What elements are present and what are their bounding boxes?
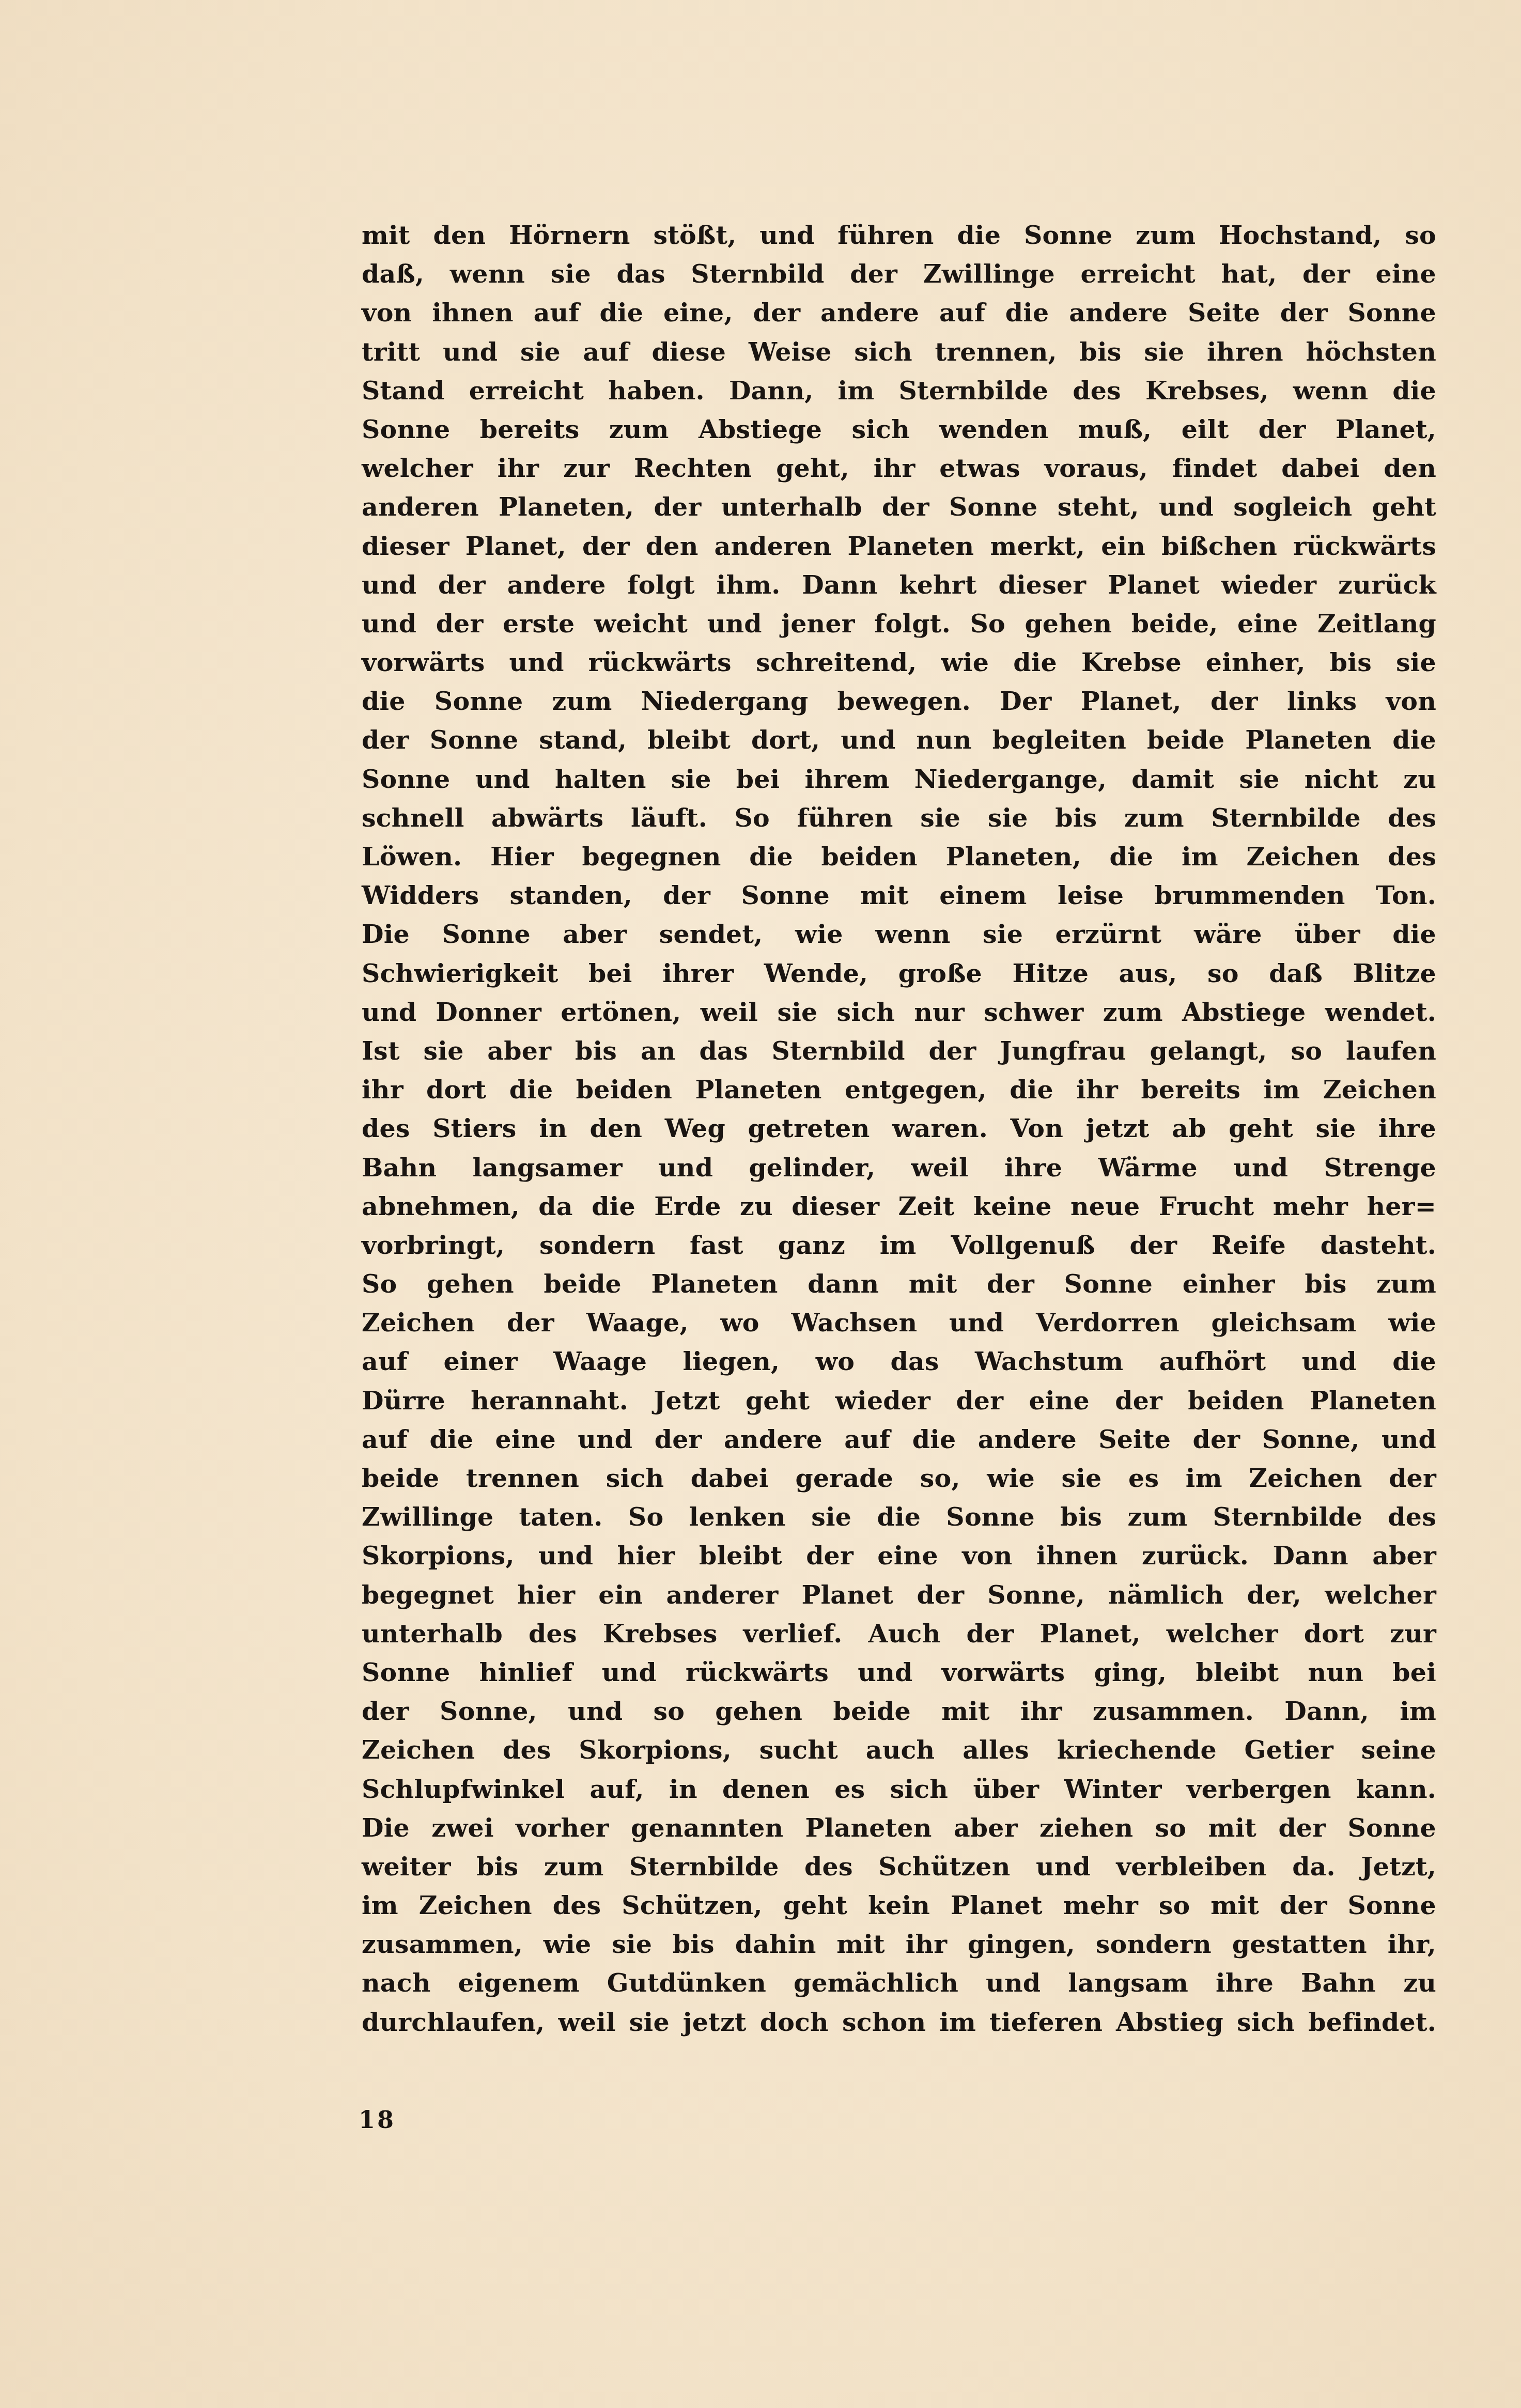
text-line: im Zeichen des Schützen, geht kein Plane… [362,1886,1436,1925]
text-line: daß, wenn sie das Sternbild der Zwilling… [362,255,1436,293]
text-line: ihr dort die beiden Planeten entgegen, d… [362,1070,1436,1109]
text-line: beide trennen sich dabei gerade so, wie … [362,1459,1436,1498]
text-line: begegnet hier ein anderer Planet der Son… [362,1576,1436,1614]
text-line: Schwierigkeit bei ihrer Wende, große Hit… [362,954,1436,993]
text-line: der Sonne stand, bleibt dort, und nun be… [362,721,1436,759]
text-line: Dürre herannaht. Jetzt geht wieder der e… [362,1381,1436,1420]
text-line: Schlupfwinkel auf, in denen es sich über… [362,1770,1436,1809]
text-line: Die Sonne aber sendet, wie wenn sie erzü… [362,915,1436,954]
text-line: zusammen, wie sie bis dahin mit ihr ging… [362,1925,1436,1964]
text-line: Widders standen, der Sonne mit einem lei… [362,876,1436,915]
book-page: mit den Hörnern stößt, und führen die So… [0,0,1521,2408]
text-line: vorwärts und rückwärts schreitend, wie d… [362,643,1436,682]
text-line: unterhalb des Krebses verlief. Auch der … [362,1614,1436,1653]
page-number: 18 [359,2106,396,2134]
text-line: dieser Planet, der den anderen Planeten … [362,527,1436,566]
text-line: vorbringt, sondern fast ganz im Vollgenu… [362,1226,1436,1265]
text-line: der Sonne, und so gehen beide mit ihr zu… [362,1692,1436,1731]
text-line: Zeichen des Skorpions, sucht auch alles … [362,1731,1436,1769]
text-line: auf einer Waage liegen, wo das Wachstum … [362,1342,1436,1381]
text-line: Sonne und halten sie bei ihrem Niedergan… [362,760,1436,799]
text-line: tritt und sie auf diese Weise sich trenn… [362,333,1436,371]
text-line: Zeichen der Waage, wo Wachsen und Verdor… [362,1303,1436,1342]
text-line: anderen Planeten, der unterhalb der Sonn… [362,488,1436,526]
text-line: die Sonne zum Niedergang bewegen. Der Pl… [362,682,1436,721]
text-line: nach eigenem Gutdünken gemächlich und la… [362,1964,1436,2002]
text-line: Sonne hinlief und rückwärts und vorwärts… [362,1653,1436,1692]
text-line: Bahn langsamer und gelinder, weil ihre W… [362,1148,1436,1187]
text-line: mit den Hörnern stößt, und führen die So… [362,216,1436,255]
text-line: weiter bis zum Sternbilde des Schützen u… [362,1847,1436,1886]
body-text: mit den Hörnern stößt, und führen die So… [362,216,1436,2042]
text-line: Ist sie aber bis an das Sternbild der Ju… [362,1032,1436,1070]
text-line: Löwen. Hier begegnen die beiden Planeten… [362,837,1436,876]
text-line: Stand erreicht haben. Dann, im Sternbild… [362,371,1436,410]
text-line: durchlaufen, weil sie jetzt doch schon i… [362,2003,1436,2042]
text-line: auf die eine und der andere auf die ande… [362,1420,1436,1459]
text-line: des Stiers in den Weg getreten waren. Vo… [362,1109,1436,1148]
text-line: So gehen beide Planeten dann mit der Son… [362,1265,1436,1303]
text-line: und der erste weicht und jener folgt. So… [362,604,1436,643]
text-line: Zwillinge taten. So lenken sie die Sonne… [362,1498,1436,1536]
text-line: und Donner ertönen, weil sie sich nur sc… [362,993,1436,1032]
text-line: von ihnen auf die eine, der andere auf d… [362,293,1436,332]
text-line: Sonne bereits zum Abstiege sich wenden m… [362,410,1436,449]
text-line: und der andere folgt ihm. Dann kehrt die… [362,566,1436,604]
text-line: abnehmen, da die Erde zu dieser Zeit kei… [362,1187,1436,1226]
text-line: schnell abwärts läuft. So führen sie sie… [362,799,1436,837]
text-line: Skorpions, und hier bleibt der eine von … [362,1536,1436,1575]
text-line: Die zwei vorher genannten Planeten aber … [362,1809,1436,1847]
text-line: welcher ihr zur Rechten geht, ihr etwas … [362,449,1436,488]
